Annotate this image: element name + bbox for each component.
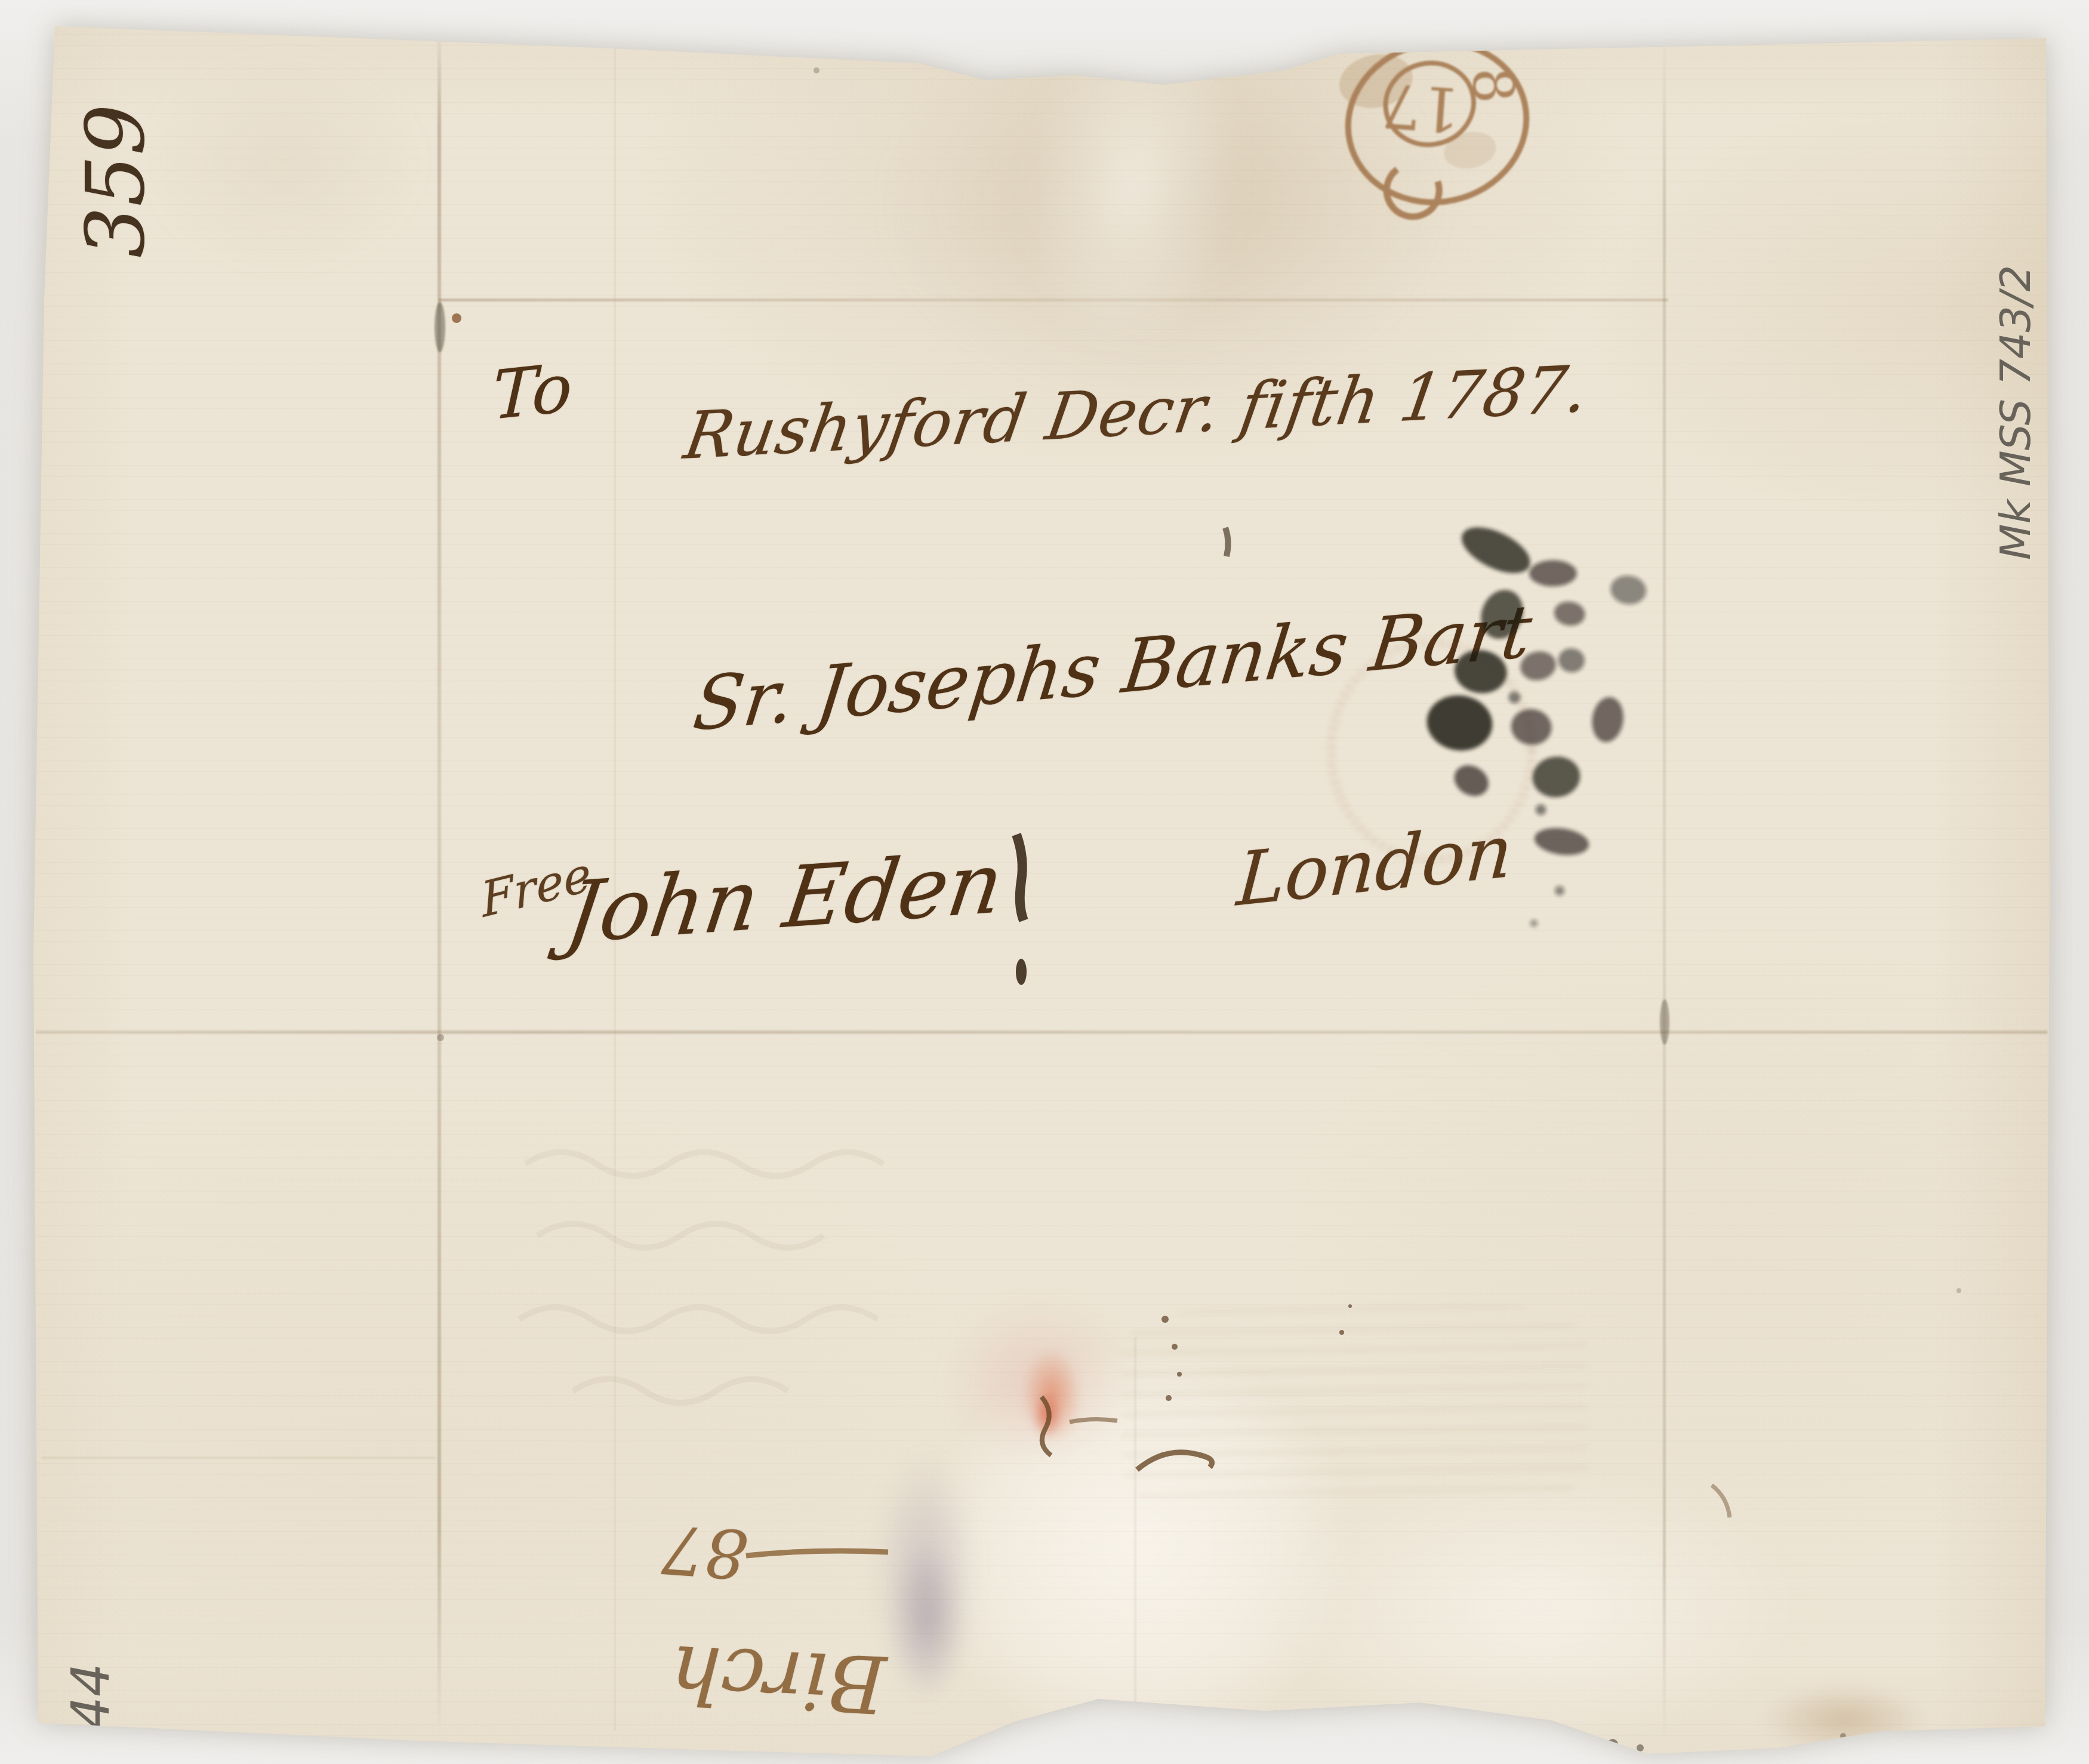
address-dateline: Rushyford Decr. fifth 1787. (679, 352, 1594, 474)
shelfmark-pencil: Mk MSS 743/2 (1991, 265, 2040, 560)
water-stain (883, 12, 1444, 394)
crease-horizontal-upper (439, 298, 1668, 301)
address-recipient: Sr. Josephs Banks Bart (689, 588, 1536, 747)
fold-line-horizontal-middle (36, 1030, 2047, 1034)
seal-area-ink-marks (1042, 1397, 1730, 1517)
paper-sheet: To Rushyford Decr. fifth 1787. Sr. Josep… (0, 0, 2089, 1764)
wax-seal-residue-red (1033, 1391, 1062, 1439)
wax-seal-residue-pink (949, 1301, 1128, 1463)
ink-speck-trail (1161, 1304, 1352, 1401)
ghost-writing-showthrough (1120, 1303, 1589, 1514)
chain-line (1134, 1337, 1136, 1743)
stamps-and-marks-overlay: 17 8 (0, 0, 2089, 1764)
pale-streak (1007, 6, 1261, 364)
endorsement-dash (746, 1551, 888, 1556)
fold-line-vertical-right (1663, 36, 1666, 1737)
postmark-stamp: 17 8 (1333, 24, 1550, 227)
grey-blotch (892, 1546, 963, 1695)
wax-seal-residue-red (1022, 1348, 1082, 1443)
address-city: London (1234, 808, 1515, 923)
address-to-label: To (491, 349, 573, 435)
folio-number: 359 (69, 104, 162, 258)
crease-horizontal-lower-left (42, 1457, 436, 1459)
corner-stain (155, 66, 412, 257)
paper-tear-pale-area (924, 1337, 1354, 1755)
frank-signature: John Eden (560, 834, 1009, 963)
postmark-inner-number: 17 (1381, 69, 1463, 145)
ink-blot (1016, 528, 1228, 985)
paper-tear-pale-area (1271, 1469, 1808, 1749)
fold-line-vertical-left (437, 24, 441, 1731)
showthrough-squiggles (519, 1152, 883, 1403)
endorsement-number: 87 (660, 1509, 750, 1593)
page-number-pencil: 44 (60, 1663, 121, 1730)
scanned-letter-page: To Rushyford Decr. fifth 1787. Sr. Josep… (0, 0, 2089, 1764)
grey-blotch (873, 1451, 977, 1707)
endorsement-name: Birch (668, 1627, 888, 1730)
postmark-day-number: 8 (1459, 66, 1526, 106)
tide-stain-bottom-right (1761, 1683, 1928, 1755)
paper-shadow: To Rushyford Decr. fifth 1787. Sr. Josep… (0, 0, 2089, 1764)
